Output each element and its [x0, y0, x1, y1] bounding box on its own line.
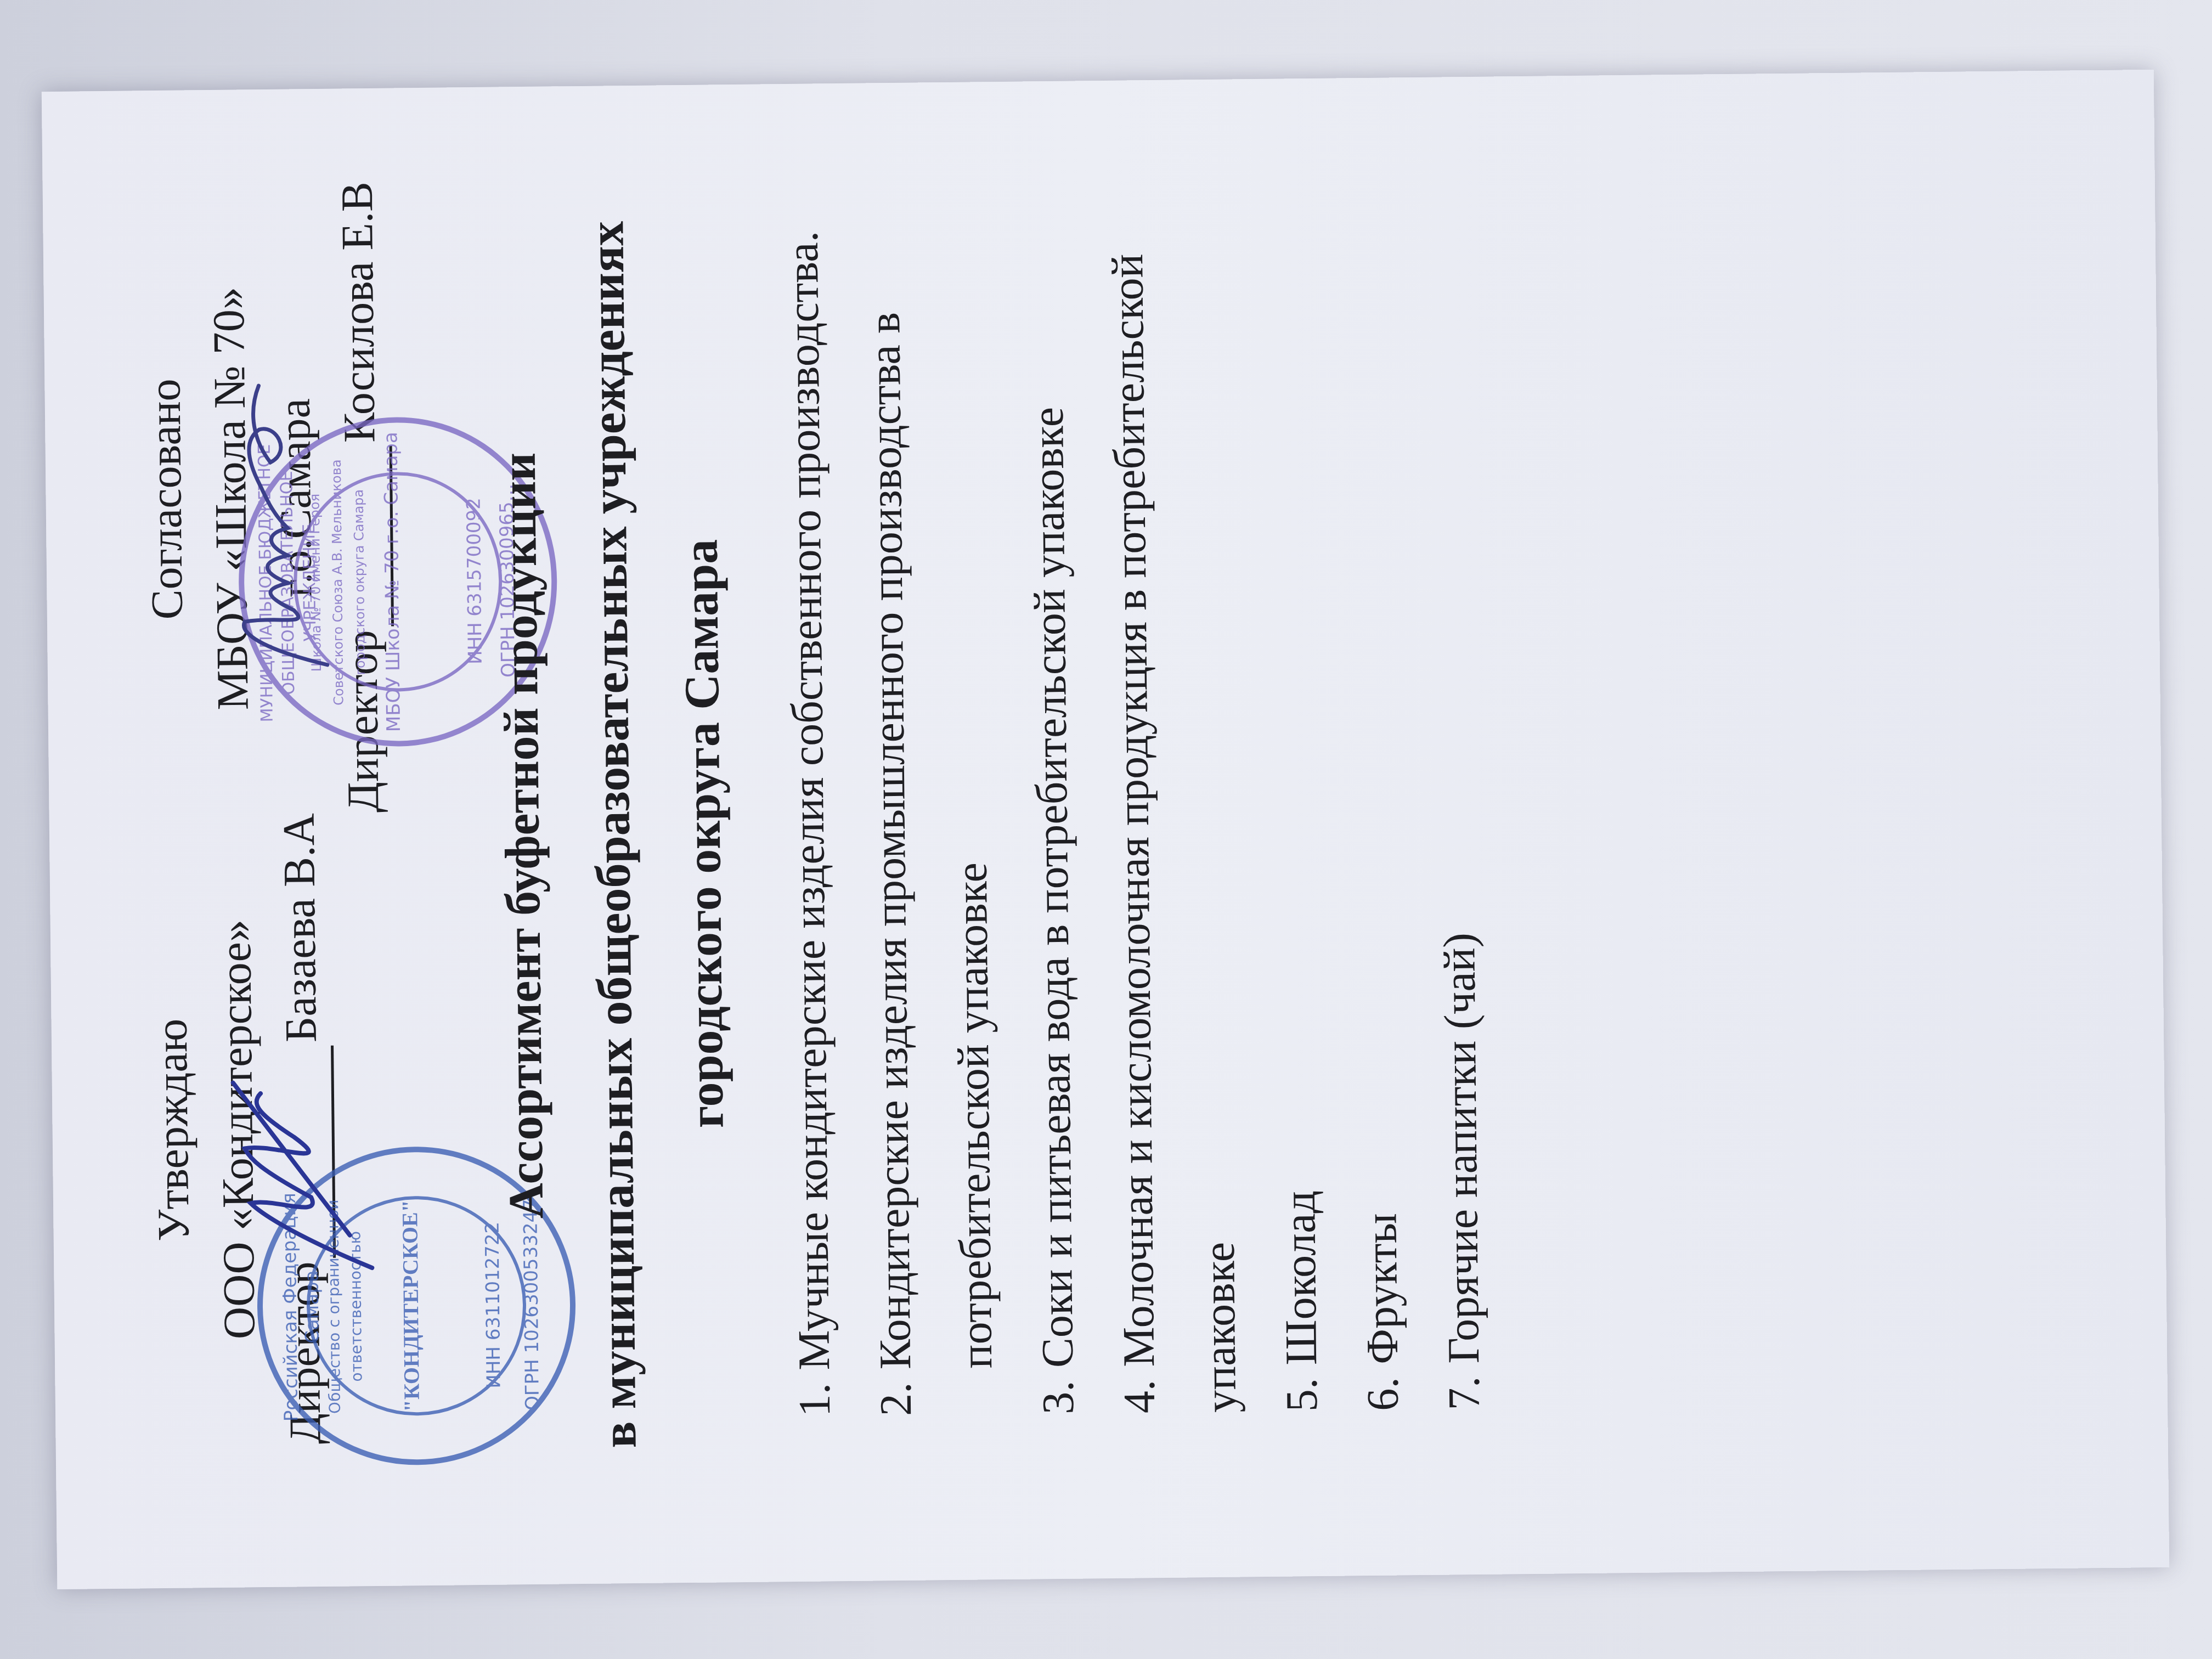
agreed-heading: Согласовано: [131, 183, 202, 815]
list-item: 6.Фрукты: [1330, 176, 1424, 1411]
signature-icon: [228, 1070, 394, 1280]
list-item: 5.Шоколад: [1249, 177, 1343, 1412]
list-item: 1.Мучные кондитерские изделия собственно…: [761, 182, 856, 1417]
approved-block: Утверждаю ООО «Кондитерское» Директор Ба…: [137, 812, 403, 1446]
approved-heading: Утверждаю: [137, 814, 208, 1446]
document-page: Утверждаю ООО «Кондитерское» Директор Ба…: [42, 70, 2169, 1589]
list-item: 2.Кондитерские изделия промышленного про…: [843, 180, 1018, 1417]
assortment-list: 1.Мучные кондитерские изделия собственно…: [761, 176, 1505, 1418]
list-item: 7.Горячие напитки (чай): [1411, 176, 1505, 1410]
stamp-center-text: МБОУ Школа № 70 г.о. Самара: [380, 422, 405, 741]
title-line-1: Ассортимент буфетной продукции: [471, 196, 574, 1475]
agreed-block: Согласовано МБОУ «Школа № 70» г.о.Самара…: [131, 182, 396, 815]
document-title: Ассортимент буфетной продукции в муницип…: [471, 194, 755, 1475]
title-line-3: городского округа Самара: [652, 194, 755, 1474]
list-item: 4.Молочная и кисломолочная продукция в п…: [1086, 178, 1262, 1414]
stamp-center-text: "КОНДИТЕРСКОЕ": [398, 1152, 424, 1459]
signature-icon: [225, 341, 338, 672]
approved-name: Базаева В.А: [267, 813, 334, 1043]
approval-header: Утверждаю ООО «Кондитерское» Директор Ба…: [131, 198, 403, 1446]
title-line-2: в муниципальных общеобразовательных учре…: [561, 195, 665, 1475]
list-item: 3.Соки и питьевая вода в потребительской…: [1005, 179, 1099, 1414]
